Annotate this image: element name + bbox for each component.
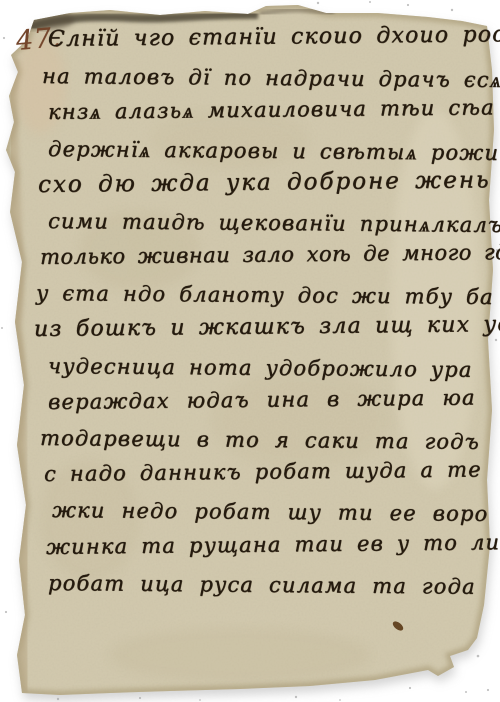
manuscript-line: кнзѧ алазьѧ михаиловича тѣи сѣа [48, 90, 468, 131]
manuscript-line: только живнаи зало хоѣ де много гдрѧ [40, 235, 468, 276]
manuscript-text: Єлнїй чго єтанїи скоио дхоио рос то на т… [48, 22, 468, 601]
manuscript-scan: 47. Єлнїй чго єтанїи скоио дхоио рос то … [0, 0, 500, 702]
manuscript-line: вераждах юдаъ ина в жира юа [48, 379, 468, 420]
manuscript-line: жинка та рущана таи ев у то либ но [46, 524, 468, 565]
manuscript-line: Єлнїй чго єтанїи скоио дхоио рос то [48, 18, 468, 59]
manuscript-line: схо дю жда ука доброне жень [38, 162, 468, 203]
manuscript-line: с надо данникъ робат шуда а те [44, 452, 468, 493]
manuscript-line: робат ица руса силама та года [48, 565, 468, 605]
stain [110, 627, 370, 683]
manuscript-line: из бошкъ и жкашкъ зла ищ ких уеи [34, 307, 468, 348]
